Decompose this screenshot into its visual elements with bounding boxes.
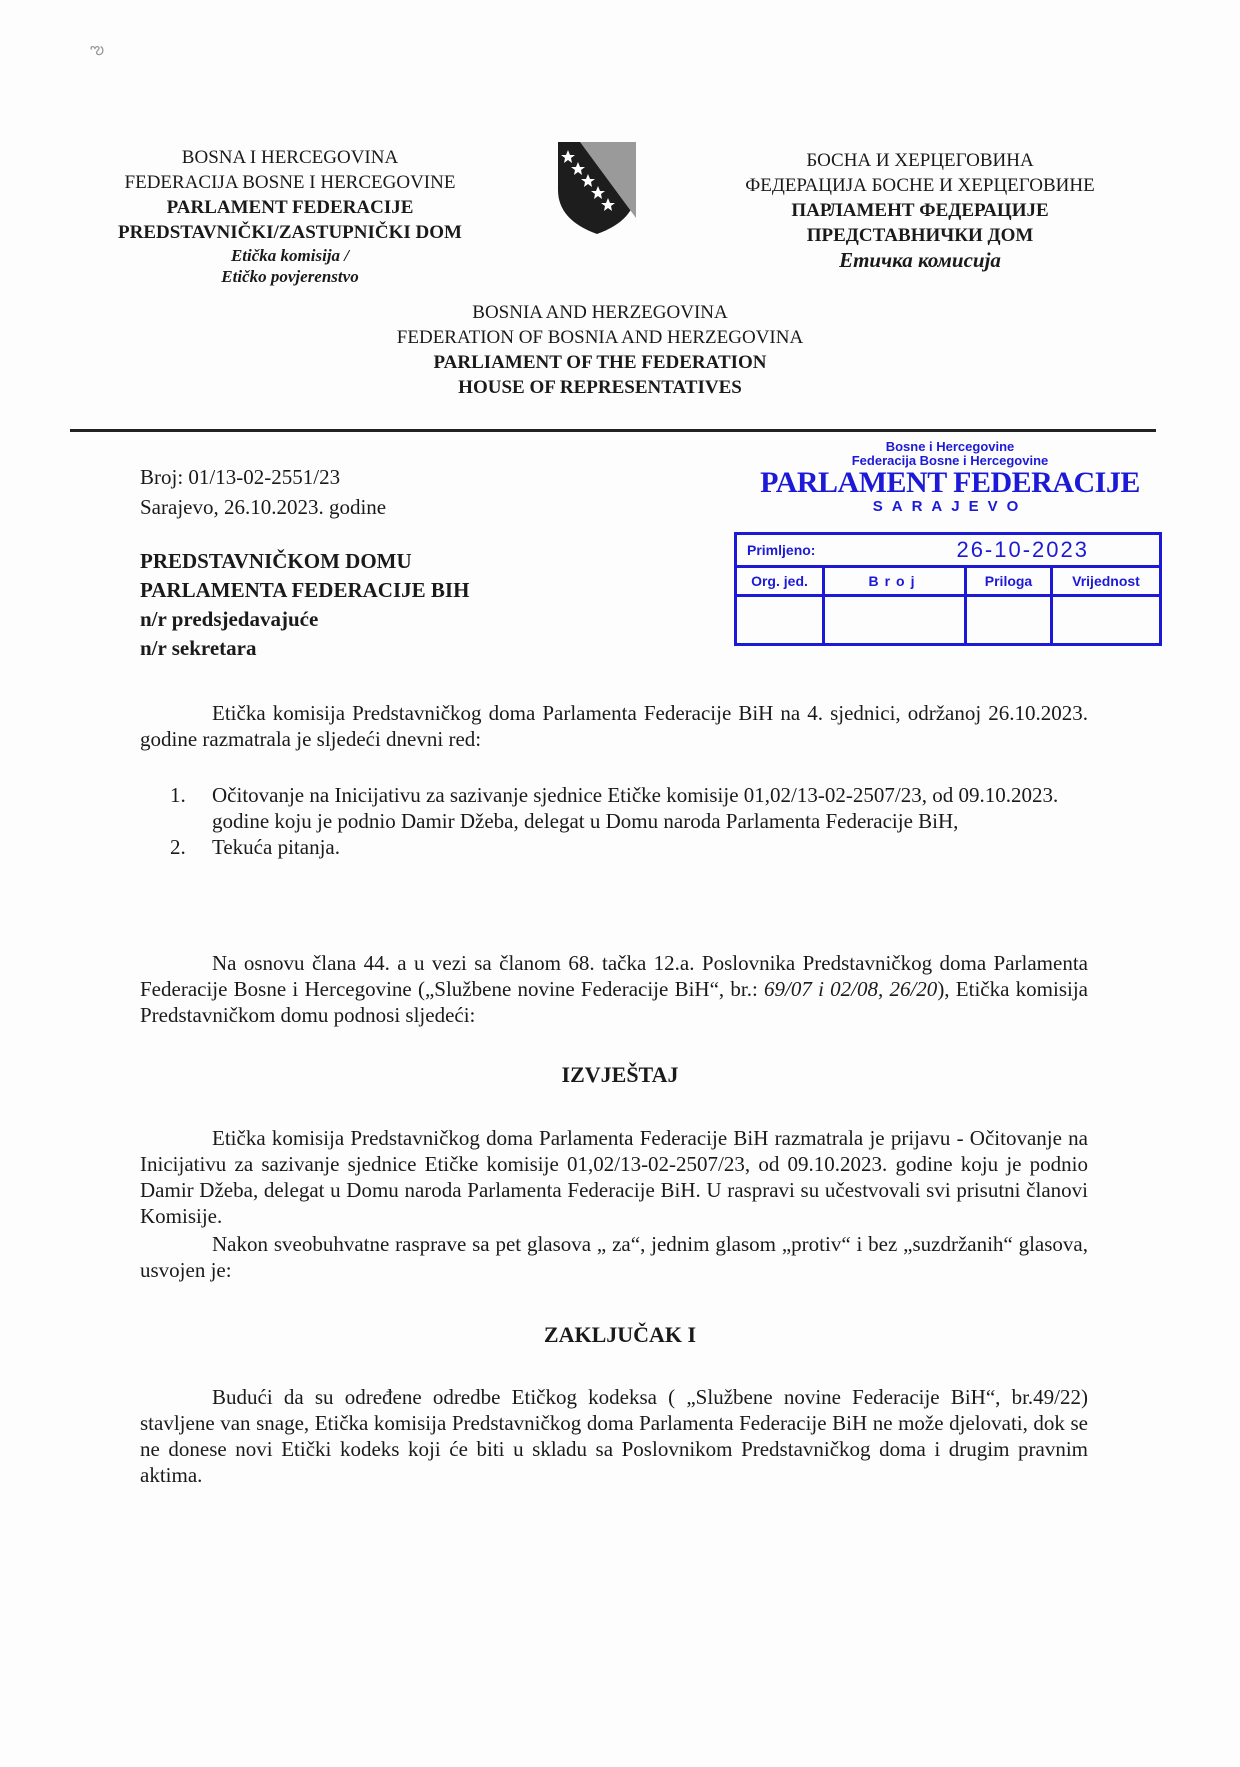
stamp-cell	[1053, 597, 1159, 643]
header-center-line: BOSNIA AND HERZEGOVINA	[340, 300, 860, 325]
header-center-line: HOUSE OF REPRESENTATIVES	[340, 375, 860, 400]
report-paragraph: Etička komisija Predstavničkog doma Parl…	[140, 1125, 1088, 1229]
stamp-city: SARAJEVO	[730, 498, 1170, 516]
header-left-line: Etička komisija /	[110, 245, 470, 266]
conclusion-heading: ZAKLJUČAK I	[0, 1322, 1240, 1348]
bih-coat-of-arms-icon	[556, 140, 638, 236]
addressee: PREDSTAVNIČKOM DOMU PARLAMENTA FEDERACIJ…	[140, 547, 469, 663]
agenda-number: 2.	[170, 834, 212, 860]
handwritten-mark: ఌ	[90, 40, 104, 62]
stamp-col-header: Vrijednost	[1053, 568, 1159, 594]
stamp-received-date: 26-10-2023	[956, 537, 1089, 563]
header-right-line: Етичка комисија	[720, 248, 1120, 273]
header-right-line: ПРЕДСТАВНИЧКИ ДОМ	[720, 223, 1120, 248]
document-place-date: Sarajevo, 26.10.2023. godine	[140, 492, 386, 522]
intro-paragraph: Etička komisija Predstavničkog doma Parl…	[140, 700, 1088, 752]
gazette-numbers: 69/07 i 02/08, 26/20	[764, 977, 937, 1001]
agenda-item: 1. Očitovanje na Inicijativu za sazivanj…	[170, 782, 1070, 834]
agenda-text: Tekuća pitanja.	[212, 834, 340, 860]
addressee-line: PREDSTAVNIČKOM DOMU	[140, 547, 469, 576]
stamp-col-header: Priloga	[967, 568, 1053, 594]
header-right-line: ФЕДЕРАЦИЈА БОСНЕ И ХЕРЦЕГОВИНЕ	[720, 173, 1120, 198]
stamp-col-header: Org. jed.	[737, 568, 825, 594]
agenda-item: 2. Tekuća pitanja.	[170, 834, 1070, 860]
stamp-cell	[967, 597, 1053, 643]
header-left-line: Etičko povjerenstvo	[110, 266, 470, 287]
header-right: БОСНА И ХЕРЦЕГОВИНА ФЕДЕРАЦИЈА БОСНЕ И Х…	[720, 148, 1120, 273]
addressee-line: PARLAMENTA FEDERACIJE BIH	[140, 576, 469, 605]
header-center-line: FEDERATION OF BOSNIA AND HERZEGOVINA	[340, 325, 860, 350]
header-divider	[70, 429, 1156, 432]
header-center-line: PARLIAMENT OF THE FEDERATION	[340, 350, 860, 375]
addressee-line: n/r sekretara	[140, 634, 469, 663]
header-center: BOSNIA AND HERZEGOVINA FEDERATION OF BOS…	[340, 300, 860, 400]
addressee-line: n/r predsjedavajuće	[140, 605, 469, 634]
agenda-text: Očitovanje na Inicijativu za sazivanje s…	[212, 782, 1070, 834]
stamp-title: PARLAMENT FEDERACIJE	[730, 468, 1170, 498]
header-left-line: PARLAMENT FEDERACIJE	[110, 195, 470, 220]
stamp-col-header: Broj	[825, 568, 967, 594]
stamp-received-label: Primljeno:	[747, 542, 815, 558]
legal-basis-paragraph: Na osnovu člana 44. a u vezi sa članom 6…	[140, 950, 1088, 1028]
stamp-cell	[825, 597, 967, 643]
stamp-cell	[737, 597, 825, 643]
report-heading: IZVJEŠTAJ	[0, 1062, 1240, 1088]
header-left: BOSNA I HERCEGOVINA FEDERACIJA BOSNE I H…	[110, 145, 470, 287]
conclusion-paragraph: Budući da su određene odredbe Etičkog ko…	[140, 1384, 1088, 1488]
document-meta: Broj: 01/13-02-2551/23 Sarajevo, 26.10.2…	[140, 462, 386, 522]
header-left-line: FEDERACIJA BOSNE I HERCEGOVINE	[110, 170, 470, 195]
header-right-line: ПАРЛАМЕНТ ФЕДЕРАЦИЈЕ	[720, 198, 1120, 223]
header-left-line: PREDSTAVNIČKI/ZASTUPNIČKI DOM	[110, 220, 470, 245]
vote-paragraph: Nakon sveobuhvatne rasprave sa pet glaso…	[140, 1231, 1088, 1283]
agenda-number: 1.	[170, 782, 212, 834]
received-stamp: Bosne i Hercegovine Federacija Bosne i H…	[730, 440, 1170, 516]
agenda-list: 1. Očitovanje na Inicijativu za sazivanj…	[170, 782, 1070, 860]
header-right-line: БОСНА И ХЕРЦЕГОВИНА	[720, 148, 1120, 173]
header-left-line: BOSNA I HERCEGOVINA	[110, 145, 470, 170]
document-number: Broj: 01/13-02-2551/23	[140, 462, 386, 492]
stamp-line: Bosne i Hercegovine	[730, 440, 1170, 454]
stamp-box: Primljeno: 26-10-2023 Org. jed. Broj Pri…	[734, 532, 1162, 646]
